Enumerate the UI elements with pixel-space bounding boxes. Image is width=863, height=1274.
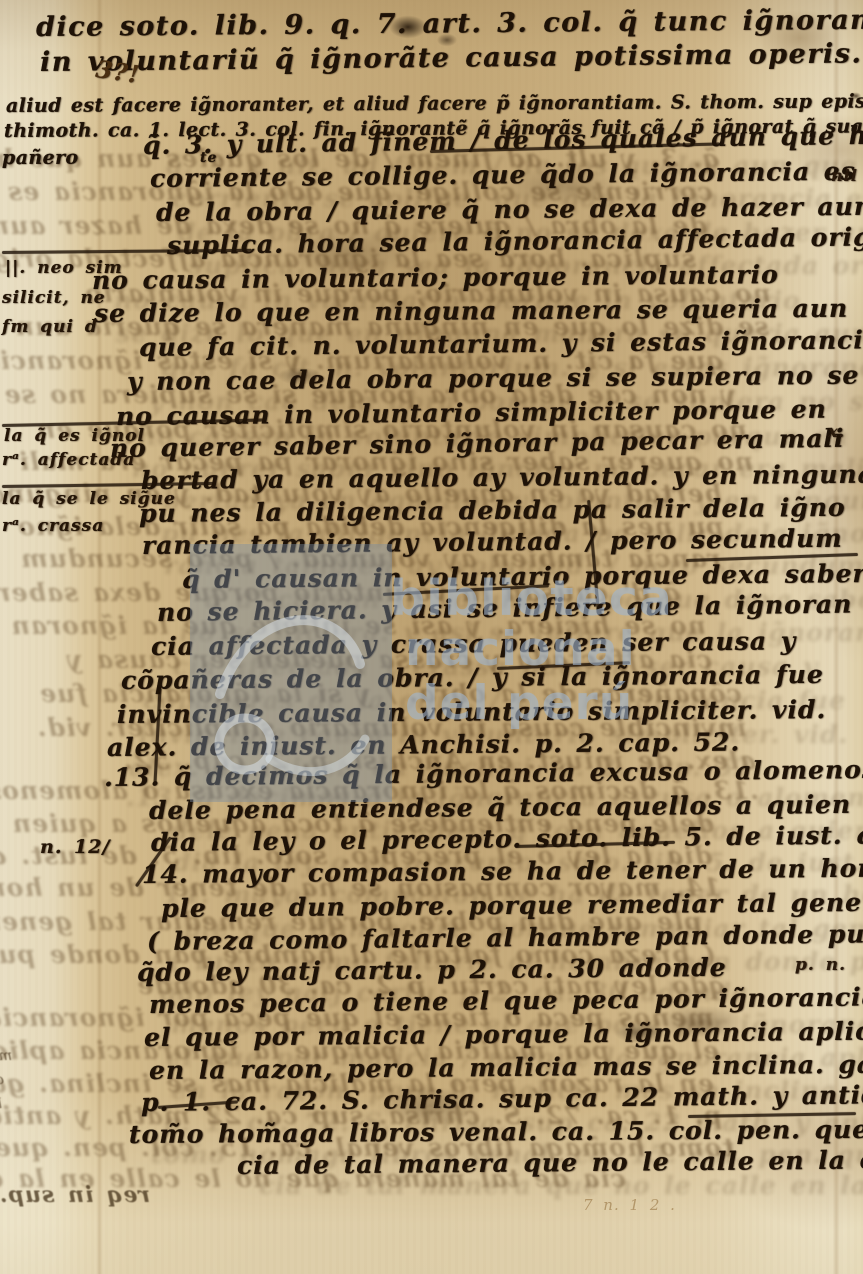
watermark-text-line: del perú bbox=[405, 680, 633, 727]
watermark-logo-square bbox=[190, 544, 392, 802]
paper-background: q̃. 3. y ult. ad finem / de los quales a… bbox=[0, 0, 863, 1274]
watermark-text-line: biblioteca bbox=[390, 574, 673, 623]
watermark-logo-glyph bbox=[190, 544, 392, 802]
watermark-text-line: nacional bbox=[405, 626, 636, 673]
library-watermark: biblioteca nacional del perú bbox=[0, 0, 863, 1274]
manuscript-scan: q̃. 3. y ult. ad finem / de los quales a… bbox=[0, 0, 863, 1274]
